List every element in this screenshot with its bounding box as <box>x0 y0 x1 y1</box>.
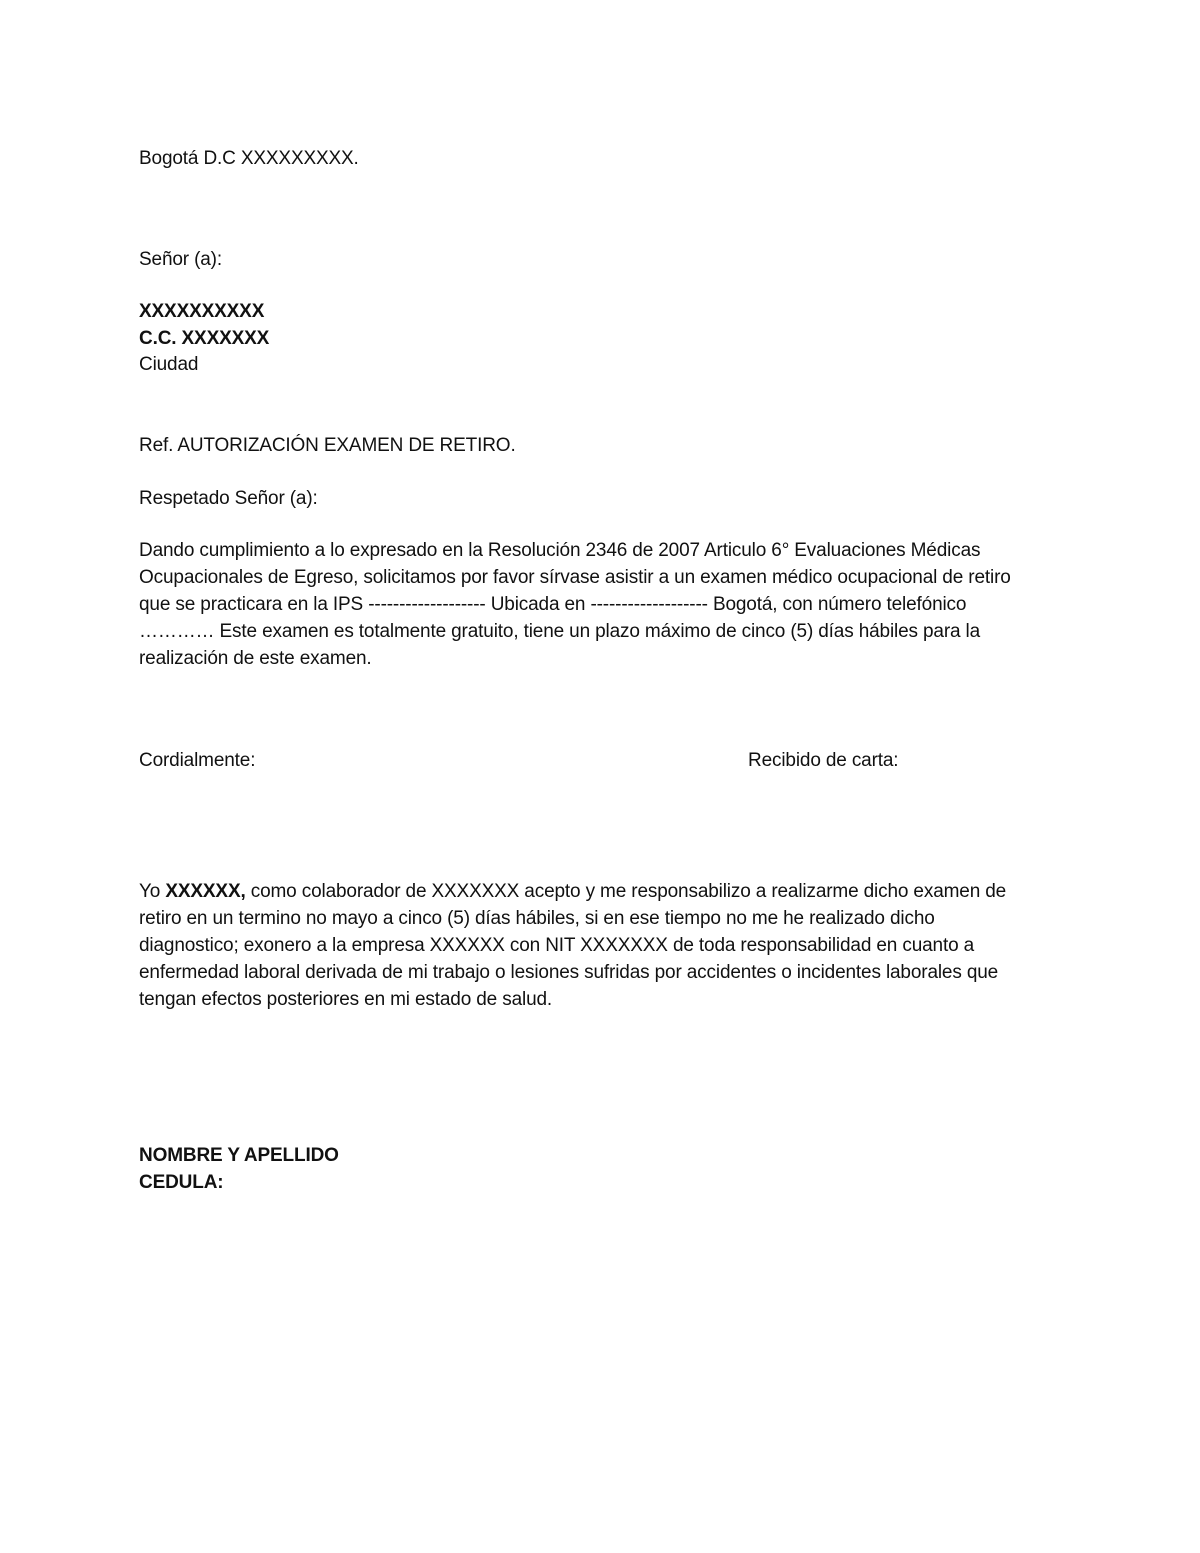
acceptance-line1-rest: como colaborador de XXXXXXX acepto y me … <box>246 881 1006 902</box>
body-line: realización de este examen. <box>139 645 1069 672</box>
greeting: Respetado Señor (a): <box>139 485 318 512</box>
acceptance-line: tengan efectos posteriores en mi estado … <box>139 986 1069 1013</box>
body-line: Ocupacionales de Egreso, solicitamos por… <box>139 564 1069 591</box>
acceptance-line: enfermedad laboral derivada de mi trabaj… <box>139 959 1069 986</box>
body-line: Dando cumplimiento a lo expresado en la … <box>139 537 1069 564</box>
received-label: Recibido de carta: <box>748 747 898 774</box>
place-date: Bogotá D.C XXXXXXXXX. <box>139 145 359 172</box>
body-line: ………… Este examen es totalmente gratuito,… <box>139 618 1069 645</box>
recipient-id: C.C. XXXXXXX <box>139 325 269 352</box>
acceptance-line: retiro en un termino no mayo a cinco (5)… <box>139 905 1069 932</box>
recipient-city: Ciudad <box>139 351 198 378</box>
acceptance-paragraph: Yo XXXXXX, como colaborador de XXXXXXX a… <box>139 878 1069 1013</box>
acceptance-line: diagnostico; exonero a la empresa XXXXXX… <box>139 932 1069 959</box>
body-paragraph: Dando cumplimiento a lo expresado en la … <box>139 537 1069 672</box>
acceptance-name: XXXXXX, <box>165 881 245 902</box>
acceptance-prefix: Yo <box>139 881 165 902</box>
body-line: que se practicara en la IPS ------------… <box>139 591 1069 618</box>
closing: Cordialmente: <box>139 747 255 774</box>
recipient-name: XXXXXXXXXX <box>139 298 264 325</box>
signature-name-label: NOMBRE Y APELLIDO <box>139 1142 339 1169</box>
signature-id-label: CEDULA: <box>139 1169 223 1196</box>
reference-line: Ref. AUTORIZACIÓN EXAMEN DE RETIRO. <box>139 432 516 459</box>
acceptance-line: Yo XXXXXX, como colaborador de XXXXXXX a… <box>139 878 1069 905</box>
letter-page: Bogotá D.C XXXXXXXXX. Señor (a): XXXXXXX… <box>0 0 1200 1553</box>
salutation-to: Señor (a): <box>139 246 222 273</box>
